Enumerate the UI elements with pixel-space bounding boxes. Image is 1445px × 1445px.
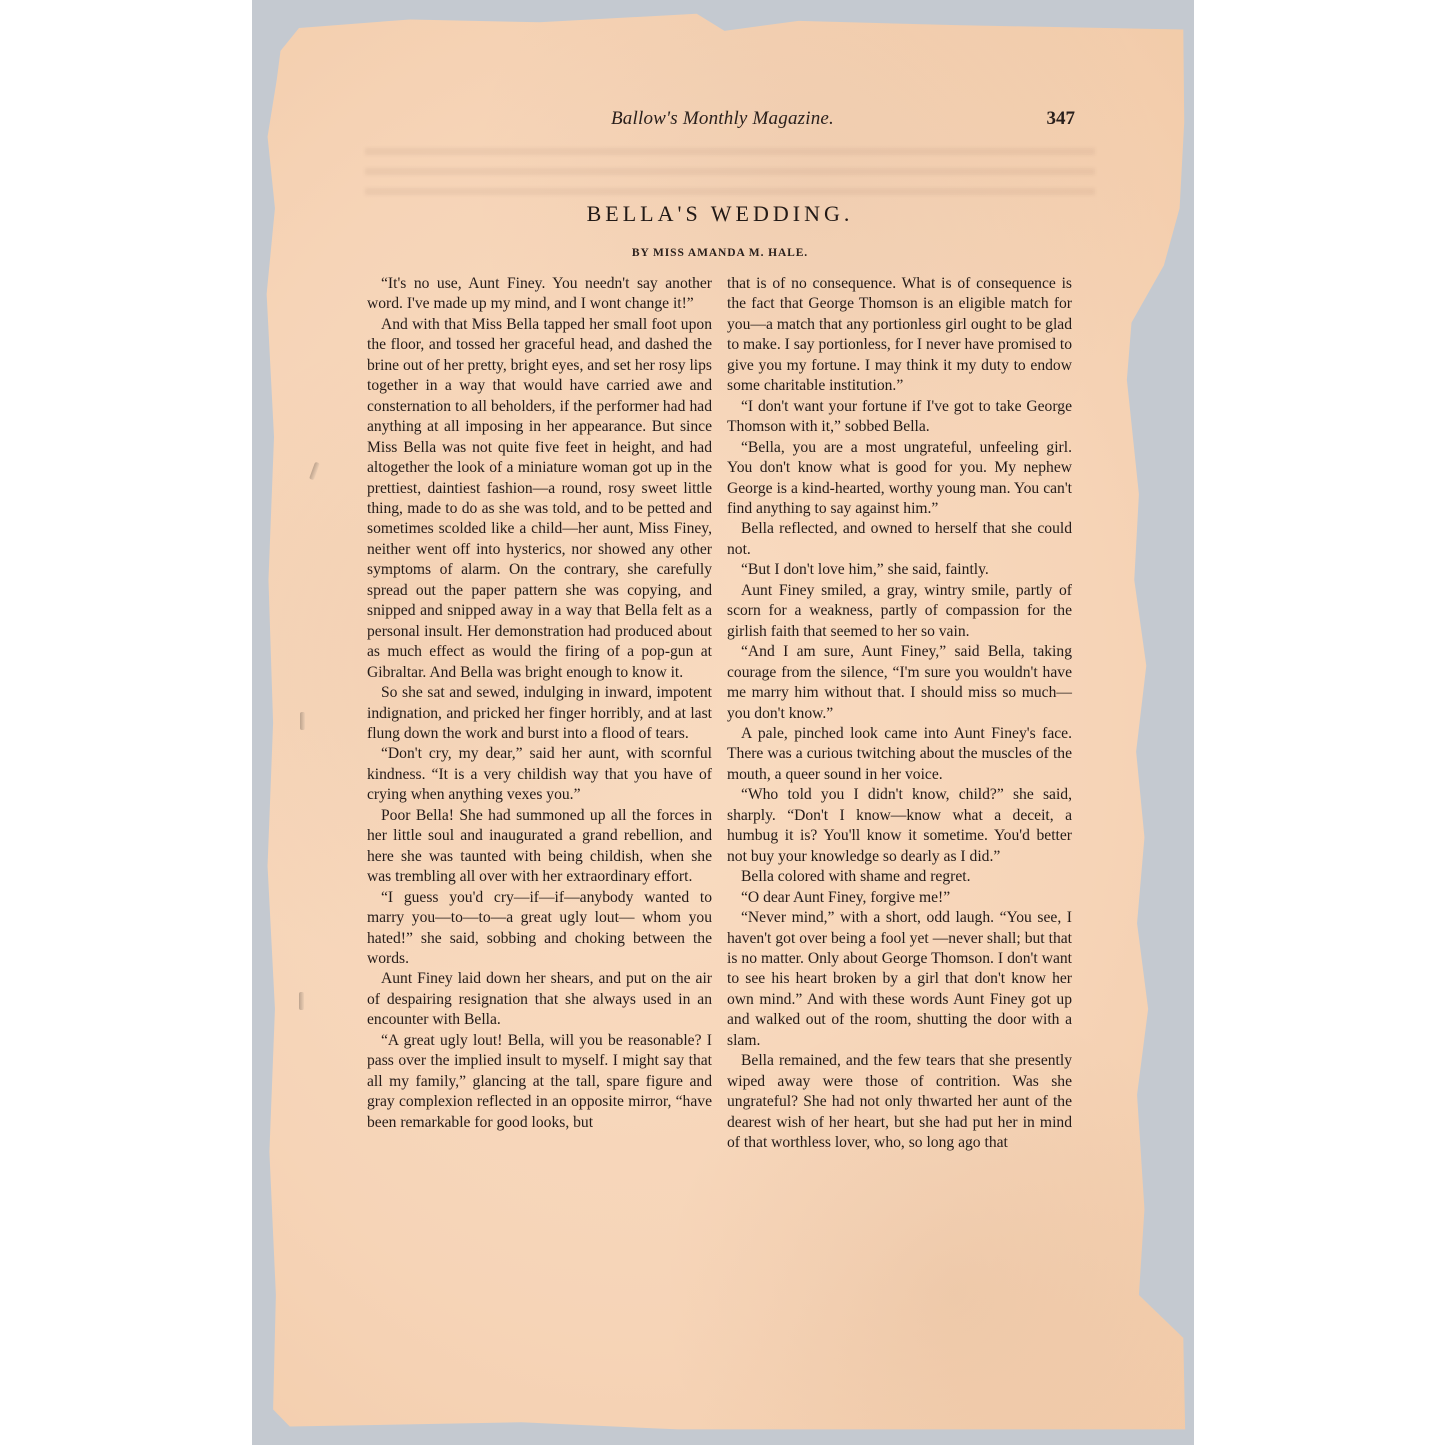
page-number: 347 bbox=[1047, 108, 1076, 130]
paragraph: Poor Bella! She had summoned up all the … bbox=[367, 806, 712, 888]
bleed-through-text bbox=[365, 148, 1095, 208]
magazine-title: Ballow's Monthly Magazine. bbox=[360, 108, 1075, 130]
paragraph: And with that Miss Bella tapped her smal… bbox=[367, 315, 712, 683]
paragraph: “Don't cry, my dear,” said her aunt, wit… bbox=[367, 744, 712, 805]
binding-hole-mark bbox=[299, 992, 304, 1010]
paragraph: “O dear Aunt Finey, forgive me!” bbox=[727, 888, 1072, 908]
paragraph: A pale, pinched look came into Aunt Fine… bbox=[727, 724, 1072, 785]
paragraph: Aunt Finey laid down her shears, and put… bbox=[367, 969, 712, 1030]
story-byline: BY MISS AMANDA M. HALE. bbox=[360, 247, 1080, 259]
running-head: Ballow's Monthly Magazine. 347 bbox=[360, 108, 1075, 136]
paragraph: “Who told you I didn't know, child?” she… bbox=[727, 785, 1072, 867]
story-title: BELLA'S WEDDING. bbox=[360, 201, 1080, 227]
paragraph: So she sat and sewed, indulging in inwar… bbox=[367, 683, 712, 744]
paragraph: “And I am sure, Aunt Finey,” said Bella,… bbox=[727, 642, 1072, 724]
paragraph: that is of no consequence. What is of co… bbox=[727, 274, 1072, 397]
paragraph: “But I don't love him,” she said, faintl… bbox=[727, 560, 1072, 580]
paragraph: Bella colored with shame and regret. bbox=[727, 867, 1072, 887]
paragraph: Bella reflected, and owned to herself th… bbox=[727, 519, 1072, 560]
text-column-left: “It's no use, Aunt Finey. You needn't sa… bbox=[367, 274, 712, 1133]
text-column-right: that is of no consequence. What is of co… bbox=[727, 274, 1072, 1153]
paragraph: “It's no use, Aunt Finey. You needn't sa… bbox=[367, 274, 712, 315]
paragraph: “I guess you'd cry—if—if—anybody wanted … bbox=[367, 888, 712, 970]
paragraph: Bella remained, and the few tears that s… bbox=[727, 1051, 1072, 1153]
paragraph: “Never mind,” with a short, odd laugh. “… bbox=[727, 908, 1072, 1051]
binding-hole-mark bbox=[300, 712, 305, 730]
paragraph: Aunt Finey smiled, a gray, wintry smile,… bbox=[727, 581, 1072, 642]
paragraph: “A great ugly lout! Bella, will you be r… bbox=[367, 1031, 712, 1133]
paragraph: “Bella, you are a most ungrateful, unfee… bbox=[727, 438, 1072, 520]
paragraph: “I don't want your fortune if I've got t… bbox=[727, 397, 1072, 438]
